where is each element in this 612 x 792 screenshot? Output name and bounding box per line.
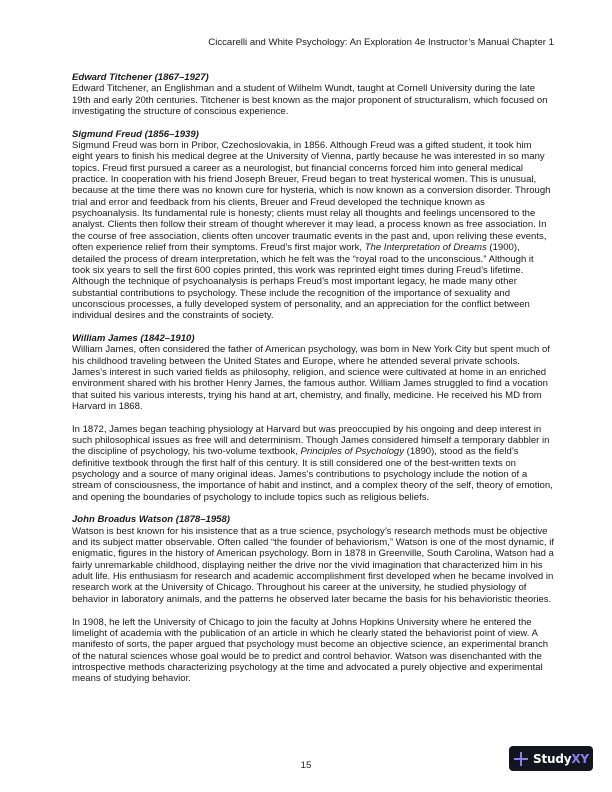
studyxy-badge[interactable]: StudyXY (509, 746, 593, 771)
paragraph-watson-1: Watson is best known for his insistence … (72, 526, 554, 605)
book-title-interpretation-of-dreams: The Interpretation of Dreams (365, 242, 487, 253)
plus-icon (514, 752, 528, 766)
document-body: Edward Titchener (1867–1927) Edward Titc… (72, 72, 554, 696)
book-title-principles-of-psychology: Principles of Psychology (301, 446, 404, 457)
section-title-freud: Sigmund Freud (1856–1939) (72, 129, 554, 140)
section-title-james: William James (1842–1910) (72, 333, 554, 344)
brand-logo-text: StudyXY (533, 752, 589, 766)
paragraph-james-2: In 1872, James began teaching physiology… (72, 424, 554, 503)
running-header: Ciccarelli and White Psychology: An Expl… (208, 37, 554, 48)
section-title-titchener: Edward Titchener (1867–1927) (72, 72, 554, 83)
text-span: (1900), detailed the process of dream in… (72, 242, 534, 321)
paragraph-watson-2: In 1908, he left the University of Chica… (72, 617, 554, 685)
brand-main: Study (533, 752, 571, 766)
paragraph-james-1: William James, often considered the fath… (72, 344, 554, 412)
text-span: Sigmund Freud was born in Pribor, Czecho… (72, 140, 550, 253)
brand-accent: XY (571, 752, 589, 766)
paragraph-titchener: Edward Titchener, an Englishman and a st… (72, 83, 554, 117)
section-title-watson: John Broadus Watson (1878–1958) (72, 514, 554, 525)
paragraph-freud: Sigmund Freud was born in Pribor, Czecho… (72, 140, 554, 322)
